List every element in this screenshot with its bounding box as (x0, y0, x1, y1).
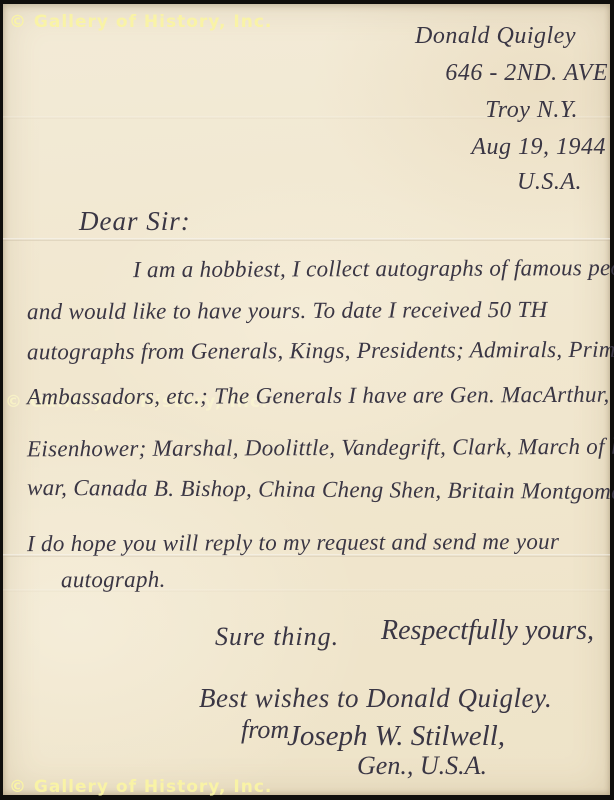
sender-street: 646 - 2ND. AVE (368, 55, 608, 92)
body-line: I am a hobbiest, I collect autographs of… (133, 255, 614, 283)
body-line: and would like to have yours. To date I … (27, 297, 548, 325)
signature-joseph-stilwell: Joseph W. Stilwell, (287, 720, 505, 753)
letter-paper: © Gallery of History, Inc. © Gallery of … (3, 4, 610, 795)
closing-line: Respectfully yours, (381, 615, 594, 647)
watermark-bottom: © Gallery of History, Inc. (9, 777, 272, 797)
sender-city: Troy N.Y. (368, 92, 608, 129)
sender-name: Donald Quigley (368, 18, 608, 55)
body-line: war, Canada B. Bishop, China Cheng Shen,… (27, 475, 614, 505)
sender-country: U.S.A. (368, 166, 608, 199)
signature-rank: Gen., U.S.A. (357, 751, 487, 781)
watermark-top: © Gallery of History, Inc. (9, 12, 272, 32)
scanned-letter-image: © Gallery of History, Inc. © Gallery of … (0, 0, 614, 800)
body-line: Eisenhower; Marshal, Doolittle, Vandegri… (27, 434, 614, 463)
body-line: Ambassadors, etc.; The Generals I have a… (27, 382, 610, 411)
sender-date: Aug 19, 1944 (368, 129, 608, 166)
stilwell-aside-note: Sure thing. (215, 622, 339, 652)
body-line: autograph. (61, 567, 166, 593)
salutation: Dear Sir: (79, 206, 191, 237)
paper-crease (3, 238, 610, 241)
inscription-best-wishes: Best wishes to Donald Quigley. (199, 683, 552, 714)
sender-address-block: Donald Quigley 646 - 2ND. AVE Troy N.Y. … (368, 18, 608, 199)
body-line: I do hope you will reply to my request a… (27, 529, 559, 557)
body-line: autographs from Generals, Kings, Preside… (27, 337, 614, 366)
inscription-from: from (241, 715, 289, 745)
